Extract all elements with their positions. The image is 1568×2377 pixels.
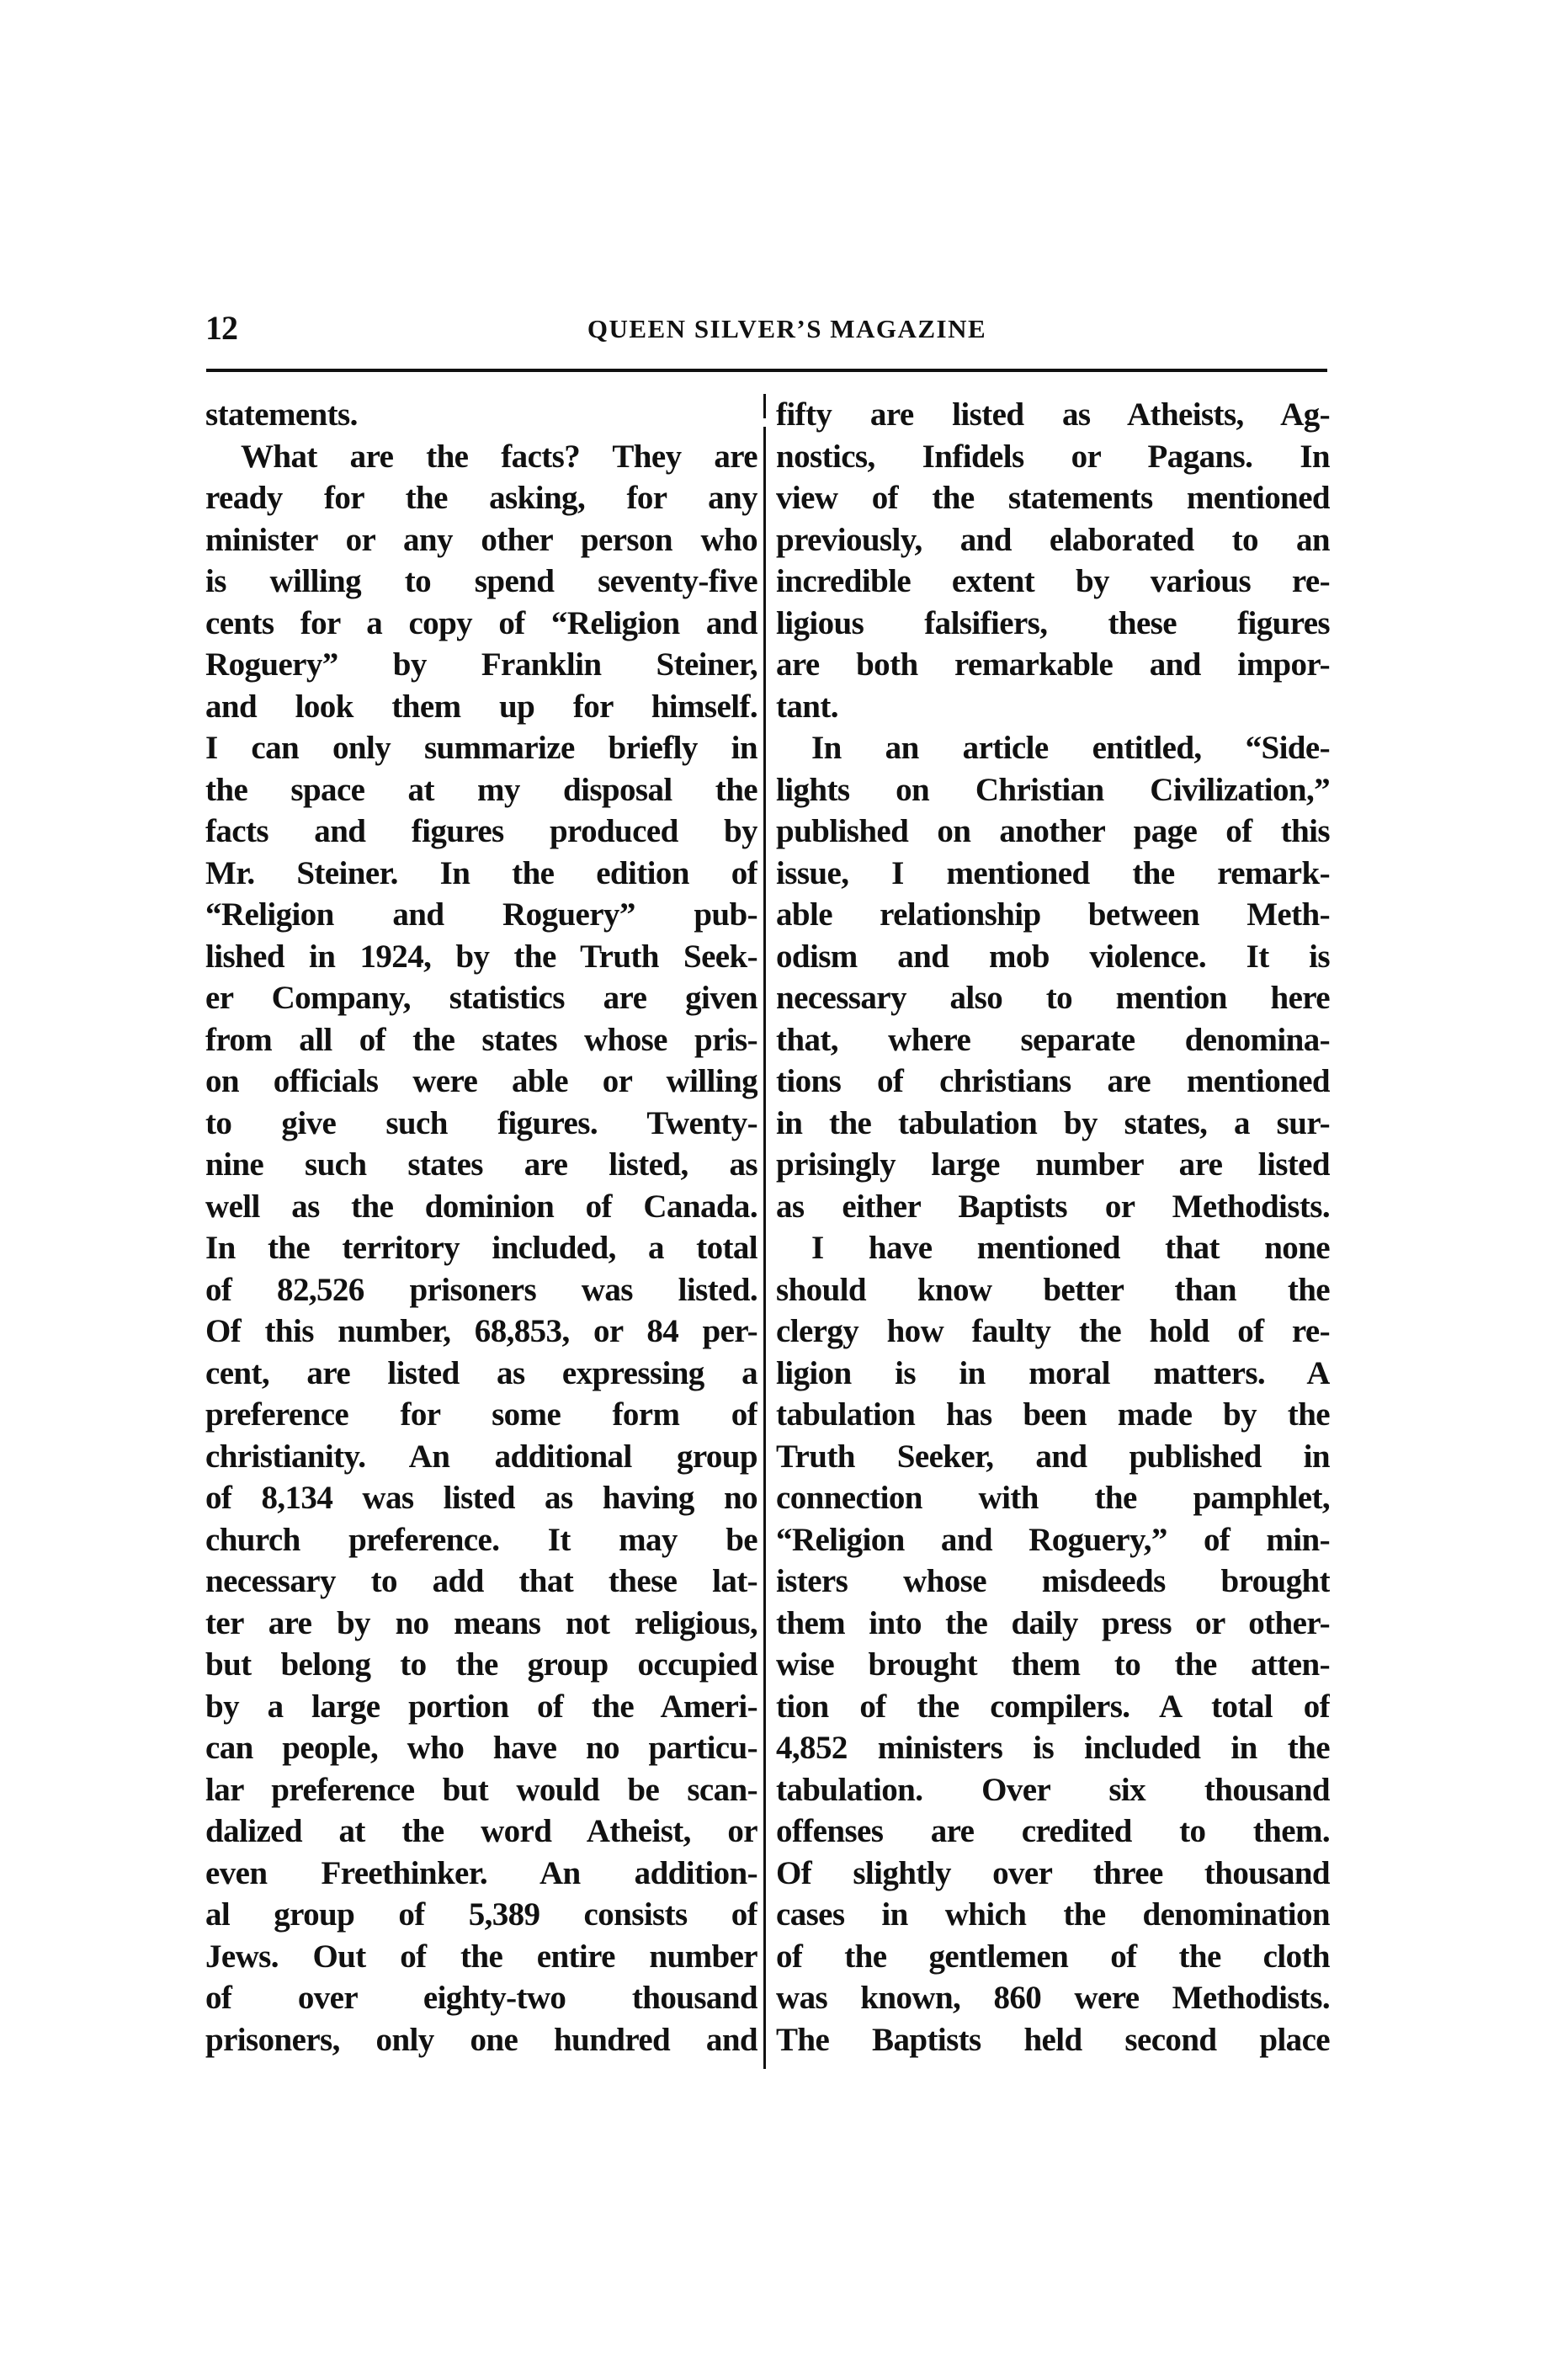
text-line: of over eighty-two thousand xyxy=(205,1977,757,2019)
left-column: statements.What are the facts? They arer… xyxy=(205,394,757,2061)
text-line: In an article entitled, “Side- xyxy=(776,727,1330,769)
text-line: christianity. An additional group xyxy=(205,1436,757,1478)
text-line: lished in 1924, by the Truth Seek- xyxy=(205,936,757,978)
right-column: fifty are listed as Atheists, Ag-nostics… xyxy=(776,394,1330,2061)
text-line: of 8,134 was listed as having no xyxy=(205,1477,757,1519)
text-line: can people, who have no particu- xyxy=(205,1727,757,1769)
text-line: al group of 5,389 consists of xyxy=(205,1894,757,1936)
text-line: ready for the asking, for any xyxy=(205,477,757,519)
text-line: isters whose misdeeds brought xyxy=(776,1561,1330,1603)
text-line: of 82,526 prisoners was listed. xyxy=(205,1269,757,1311)
text-line: tabulation. Over six thousand xyxy=(776,1769,1330,1811)
text-line: by a large portion of the Ameri- xyxy=(205,1686,757,1728)
text-line: are both remarkable and impor- xyxy=(776,644,1330,686)
text-line: prisingly large number are listed xyxy=(776,1144,1330,1186)
text-line: cent, are listed as expressing a xyxy=(205,1353,757,1395)
text-line: but belong to the group occupied xyxy=(205,1644,757,1686)
text-line: preference for some form of xyxy=(205,1394,757,1436)
text-line: Jews. Out of the entire number xyxy=(205,1936,757,1978)
text-line: tabulation has been made by the xyxy=(776,1394,1330,1436)
page-number: 12 xyxy=(205,310,237,347)
text-line: tions of christians are mentioned xyxy=(776,1061,1330,1103)
text-line: 4,852 ministers is included in the xyxy=(776,1727,1330,1769)
text-line: able relationship between Meth- xyxy=(776,894,1330,936)
text-line: “Religion and Roguery,” of min- xyxy=(776,1519,1330,1561)
header-rule xyxy=(206,369,1327,372)
text-line: nine such states are listed, as xyxy=(205,1144,757,1186)
text-line: previously, and elaborated to an xyxy=(776,519,1330,561)
text-line: from all of the states whose pris- xyxy=(205,1019,757,1061)
text-line: ligious falsifiers, these figures xyxy=(776,603,1330,645)
text-line: to give such figures. Twenty- xyxy=(205,1103,757,1145)
text-line: was known, 860 were Methodists. xyxy=(776,1977,1330,2019)
text-line: lar preference but would be scan- xyxy=(205,1769,757,1811)
text-line: I have mentioned that none xyxy=(776,1227,1330,1269)
text-line: cases in which the denomination xyxy=(776,1894,1330,1936)
text-line: minister or any other person who xyxy=(205,519,757,561)
text-line: in the tabulation by states, a sur- xyxy=(776,1103,1330,1145)
text-line: What are the facts? They are xyxy=(205,436,757,478)
text-line: prisoners, only one hundred and xyxy=(205,2019,757,2061)
text-line: ligion is in moral matters. A xyxy=(776,1353,1330,1395)
text-line: tion of the compilers. A total of xyxy=(776,1686,1330,1728)
text-line: clergy how faulty the hold of re- xyxy=(776,1311,1330,1353)
text-line: necessary also to mention here xyxy=(776,977,1330,1019)
text-line: odism and mob violence. It is xyxy=(776,936,1330,978)
text-line: Truth Seeker, and published in xyxy=(776,1436,1330,1478)
text-line: them into the daily press or other- xyxy=(776,1603,1330,1645)
text-line: wise brought them to the atten- xyxy=(776,1644,1330,1686)
text-line: even Freethinker. An addition- xyxy=(205,1853,757,1895)
text-line: Of this number, 68,853, or 84 per- xyxy=(205,1311,757,1353)
text-line: fifty are listed as Atheists, Ag- xyxy=(776,394,1330,436)
column-divider-gap xyxy=(762,418,768,427)
running-title: QUEEN SILVER’S MAGAZINE xyxy=(551,312,1023,346)
text-line: In the territory included, a total xyxy=(205,1227,757,1269)
text-line: offenses are credited to them. xyxy=(776,1811,1330,1853)
text-line: that, where separate denomina- xyxy=(776,1019,1330,1061)
text-line: and look them up for himself. xyxy=(205,686,757,728)
text-line: Of slightly over three thousand xyxy=(776,1853,1330,1895)
text-line: lights on Christian Civilization,” xyxy=(776,769,1330,811)
text-line: should know better than the xyxy=(776,1269,1330,1311)
text-line: dalized at the word Atheist, or xyxy=(205,1811,757,1853)
text-line: statements. xyxy=(205,394,757,436)
text-line: of the gentlemen of the cloth xyxy=(776,1936,1330,1978)
text-line: ter are by no means not religious, xyxy=(205,1603,757,1645)
text-line: the space at my disposal the xyxy=(205,769,757,811)
text-line: church preference. It may be xyxy=(205,1519,757,1561)
text-line: er Company, statistics are given xyxy=(205,977,757,1019)
column-divider xyxy=(763,394,766,2069)
text-line: tant. xyxy=(776,686,1330,728)
text-line: I can only summarize briefly in xyxy=(205,727,757,769)
text-line: on officials were able or willing xyxy=(205,1061,757,1103)
text-line: facts and figures produced by xyxy=(205,811,757,853)
text-line: necessary to add that these lat- xyxy=(205,1561,757,1603)
text-line: published on another page of this xyxy=(776,811,1330,853)
text-line: view of the statements mentioned xyxy=(776,477,1330,519)
text-line: cents for a copy of “Religion and xyxy=(205,603,757,645)
text-line: issue, I mentioned the remark- xyxy=(776,853,1330,895)
text-line: nostics, Infidels or Pagans. In xyxy=(776,436,1330,478)
text-line: is willing to spend seventy-five xyxy=(205,561,757,603)
text-line: well as the dominion of Canada. xyxy=(205,1186,757,1228)
text-line: as either Baptists or Methodists. xyxy=(776,1186,1330,1228)
text-line: connection with the pamphlet, xyxy=(776,1477,1330,1519)
text-line: The Baptists held second place xyxy=(776,2019,1330,2061)
text-line: incredible extent by various re- xyxy=(776,561,1330,603)
text-line: Roguery” by Franklin Steiner, xyxy=(205,644,757,686)
text-line: “Religion and Roguery” pub- xyxy=(205,894,757,936)
text-line: Mr. Steiner. In the edition of xyxy=(205,853,757,895)
